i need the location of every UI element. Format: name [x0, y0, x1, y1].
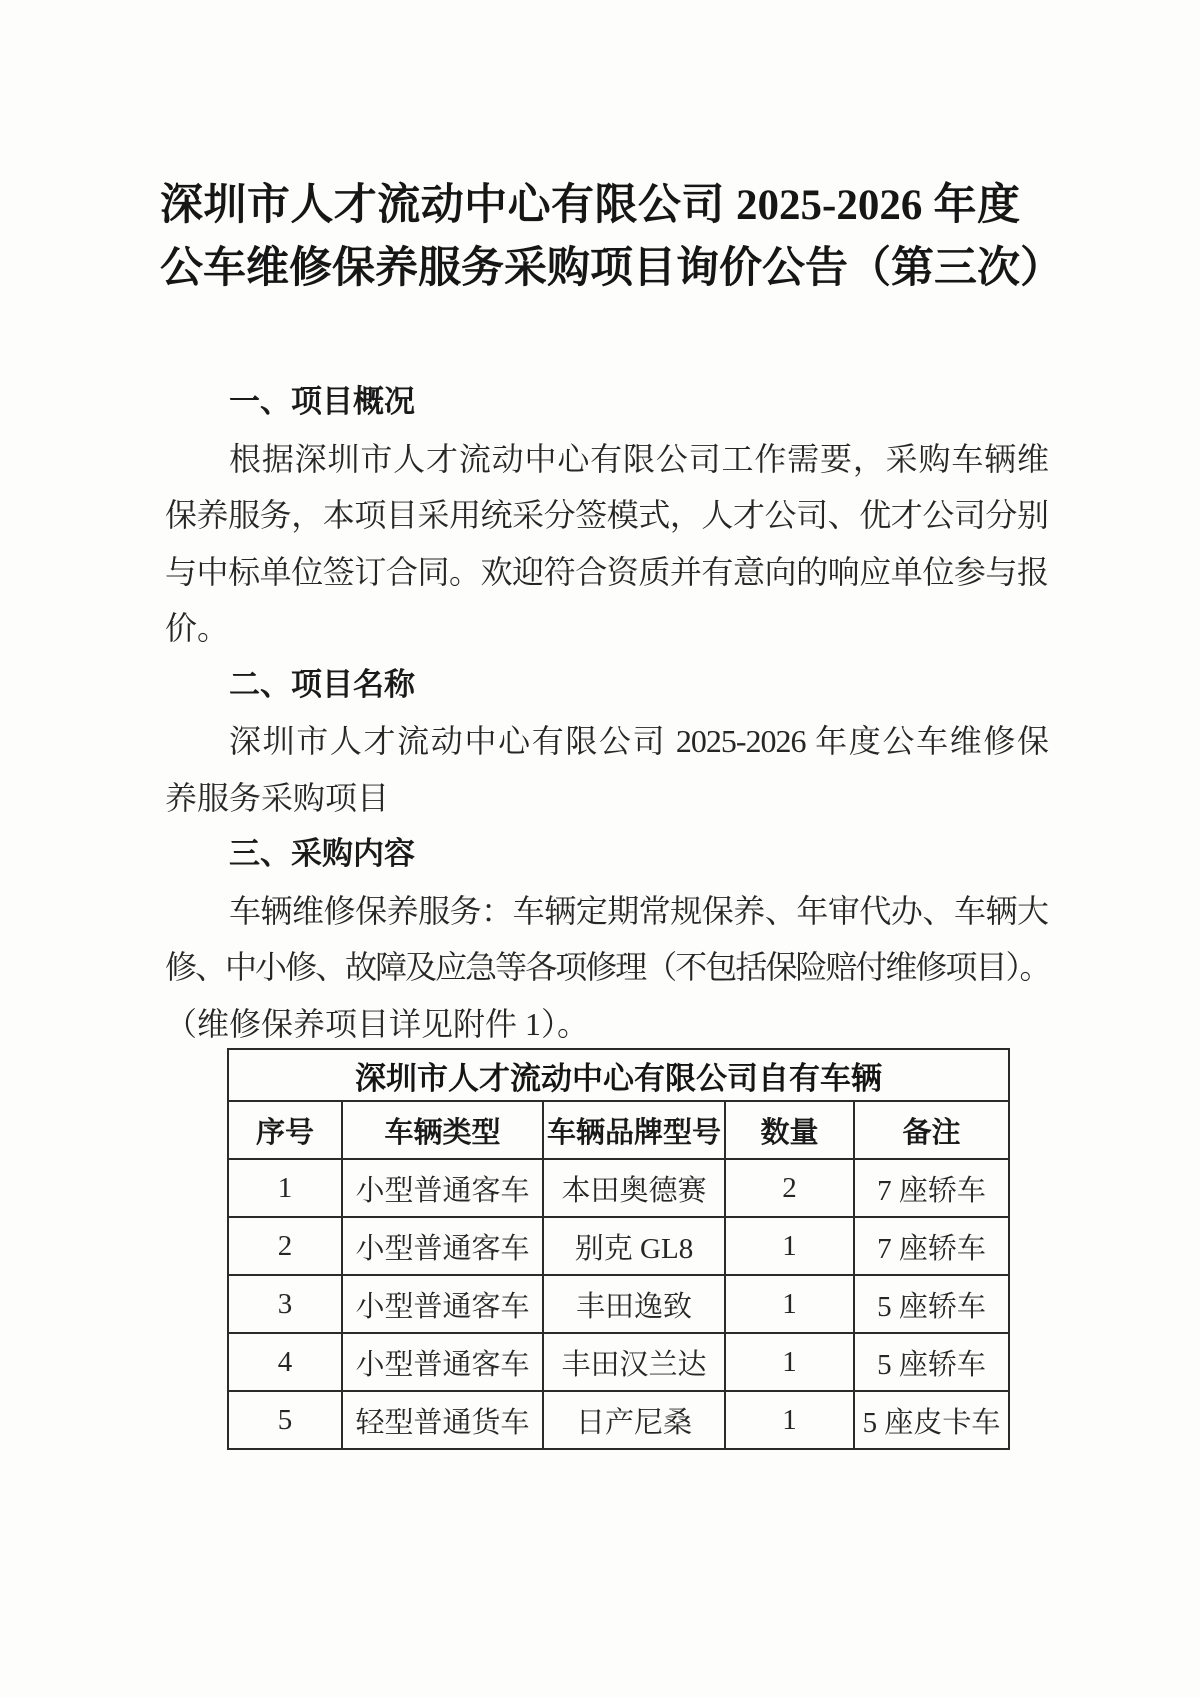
- table-row: 1小型普通客车本田奥德赛27 座轿车: [228, 1159, 1009, 1217]
- table-cell: 5 座皮卡车: [854, 1391, 1009, 1449]
- table-cell: 4: [228, 1333, 342, 1391]
- paragraph-line: 养服务采购项目: [165, 770, 1048, 827]
- table-header-row: 序号 车辆类型 车辆品牌型号 数量 备注: [228, 1101, 1009, 1159]
- table-cell: 日产尼桑: [543, 1391, 725, 1449]
- table-title: 深圳市人才流动中心有限公司自有车辆: [228, 1049, 1009, 1101]
- table-title-row: 深圳市人才流动中心有限公司自有车辆: [228, 1049, 1009, 1101]
- table-cell: 1: [228, 1159, 342, 1217]
- vehicle-table: 深圳市人才流动中心有限公司自有车辆 序号 车辆类型 车辆品牌型号 数量 备注 1…: [227, 1048, 1010, 1450]
- table-cell: 小型普通客车: [342, 1217, 543, 1275]
- table-cell: 1: [725, 1391, 854, 1449]
- table-cell: 5: [228, 1391, 342, 1449]
- paragraph-line: 深圳市人才流动中心有限公司 2025-2026 年度公车维修保: [165, 713, 1048, 770]
- section-heading-1: 一、项目概况: [165, 374, 1048, 431]
- paragraph-line: （维修保养项目详见附件 1）。: [165, 996, 1048, 1053]
- table-cell: 丰田汉兰达: [543, 1333, 725, 1391]
- document-title-line-1: 深圳市人才流动中心有限公司 2025-2026 年度: [160, 178, 1020, 234]
- table-cell: 本田奥德赛: [543, 1159, 725, 1217]
- paragraph-line: 修、中小修、故障及应急等各项修理（不包括保险赔付维修项目）。: [165, 939, 1048, 996]
- table-cell: 轻型普通货车: [342, 1391, 543, 1449]
- column-header-remarks: 备注: [854, 1101, 1009, 1159]
- table-cell: 1: [725, 1217, 854, 1275]
- table-row: 5轻型普通货车日产尼桑15 座皮卡车: [228, 1391, 1009, 1449]
- document-page: 深圳市人才流动中心有限公司 2025-2026 年度 公车维修保养服务采购项目询…: [0, 0, 1200, 1697]
- table-row: 3小型普通客车丰田逸致15 座轿车: [228, 1275, 1009, 1333]
- table-cell: 小型普通客车: [342, 1159, 543, 1217]
- paragraph-line: 价。: [165, 600, 1048, 657]
- table-cell: 7 座轿车: [854, 1217, 1009, 1275]
- table-cell: 2: [228, 1217, 342, 1275]
- table-cell: 5 座轿车: [854, 1333, 1009, 1391]
- table-cell: 7 座轿车: [854, 1159, 1009, 1217]
- table-cell: 别克 GL8: [543, 1217, 725, 1275]
- table-cell: 1: [725, 1333, 854, 1391]
- section-heading-3: 三、采购内容: [165, 826, 1048, 883]
- column-header-index: 序号: [228, 1101, 342, 1159]
- table-cell: 小型普通客车: [342, 1333, 543, 1391]
- paragraph-line: 车辆维修保养服务：车辆定期常规保养、年审代办、车辆大: [165, 883, 1048, 940]
- table-cell: 小型普通客车: [342, 1275, 543, 1333]
- table-row: 4小型普通客车丰田汉兰达15 座轿车: [228, 1333, 1009, 1391]
- document-title-line-2: 公车维修保养服务采购项目询价公告（第三次）: [160, 241, 1020, 297]
- table-cell: 1: [725, 1275, 854, 1333]
- table-row: 2小型普通客车别克 GL817 座轿车: [228, 1217, 1009, 1275]
- table-cell: 丰田逸致: [543, 1275, 725, 1333]
- table-cell: 5 座轿车: [854, 1275, 1009, 1333]
- column-header-quantity: 数量: [725, 1101, 854, 1159]
- vehicle-table-body: 1小型普通客车本田奥德赛27 座轿车2小型普通客车别克 GL817 座轿车3小型…: [228, 1159, 1009, 1449]
- paragraph-line: 根据深圳市人才流动中心有限公司工作需要，采购车辆维: [165, 431, 1048, 488]
- paragraph-line: 与中标单位签订合同。欢迎符合资质并有意向的响应单位参与报: [165, 544, 1048, 601]
- section-heading-2: 二、项目名称: [165, 657, 1048, 714]
- table-cell: 2: [725, 1159, 854, 1217]
- table-cell: 3: [228, 1275, 342, 1333]
- paragraph-line: 保养服务，本项目采用统采分签模式，人才公司、优才公司分别: [165, 487, 1048, 544]
- document-body: 一、项目概况 根据深圳市人才流动中心有限公司工作需要，采购车辆维 保养服务，本项…: [165, 374, 1048, 1052]
- column-header-brand-model: 车辆品牌型号: [543, 1101, 725, 1159]
- column-header-vehicle-type: 车辆类型: [342, 1101, 543, 1159]
